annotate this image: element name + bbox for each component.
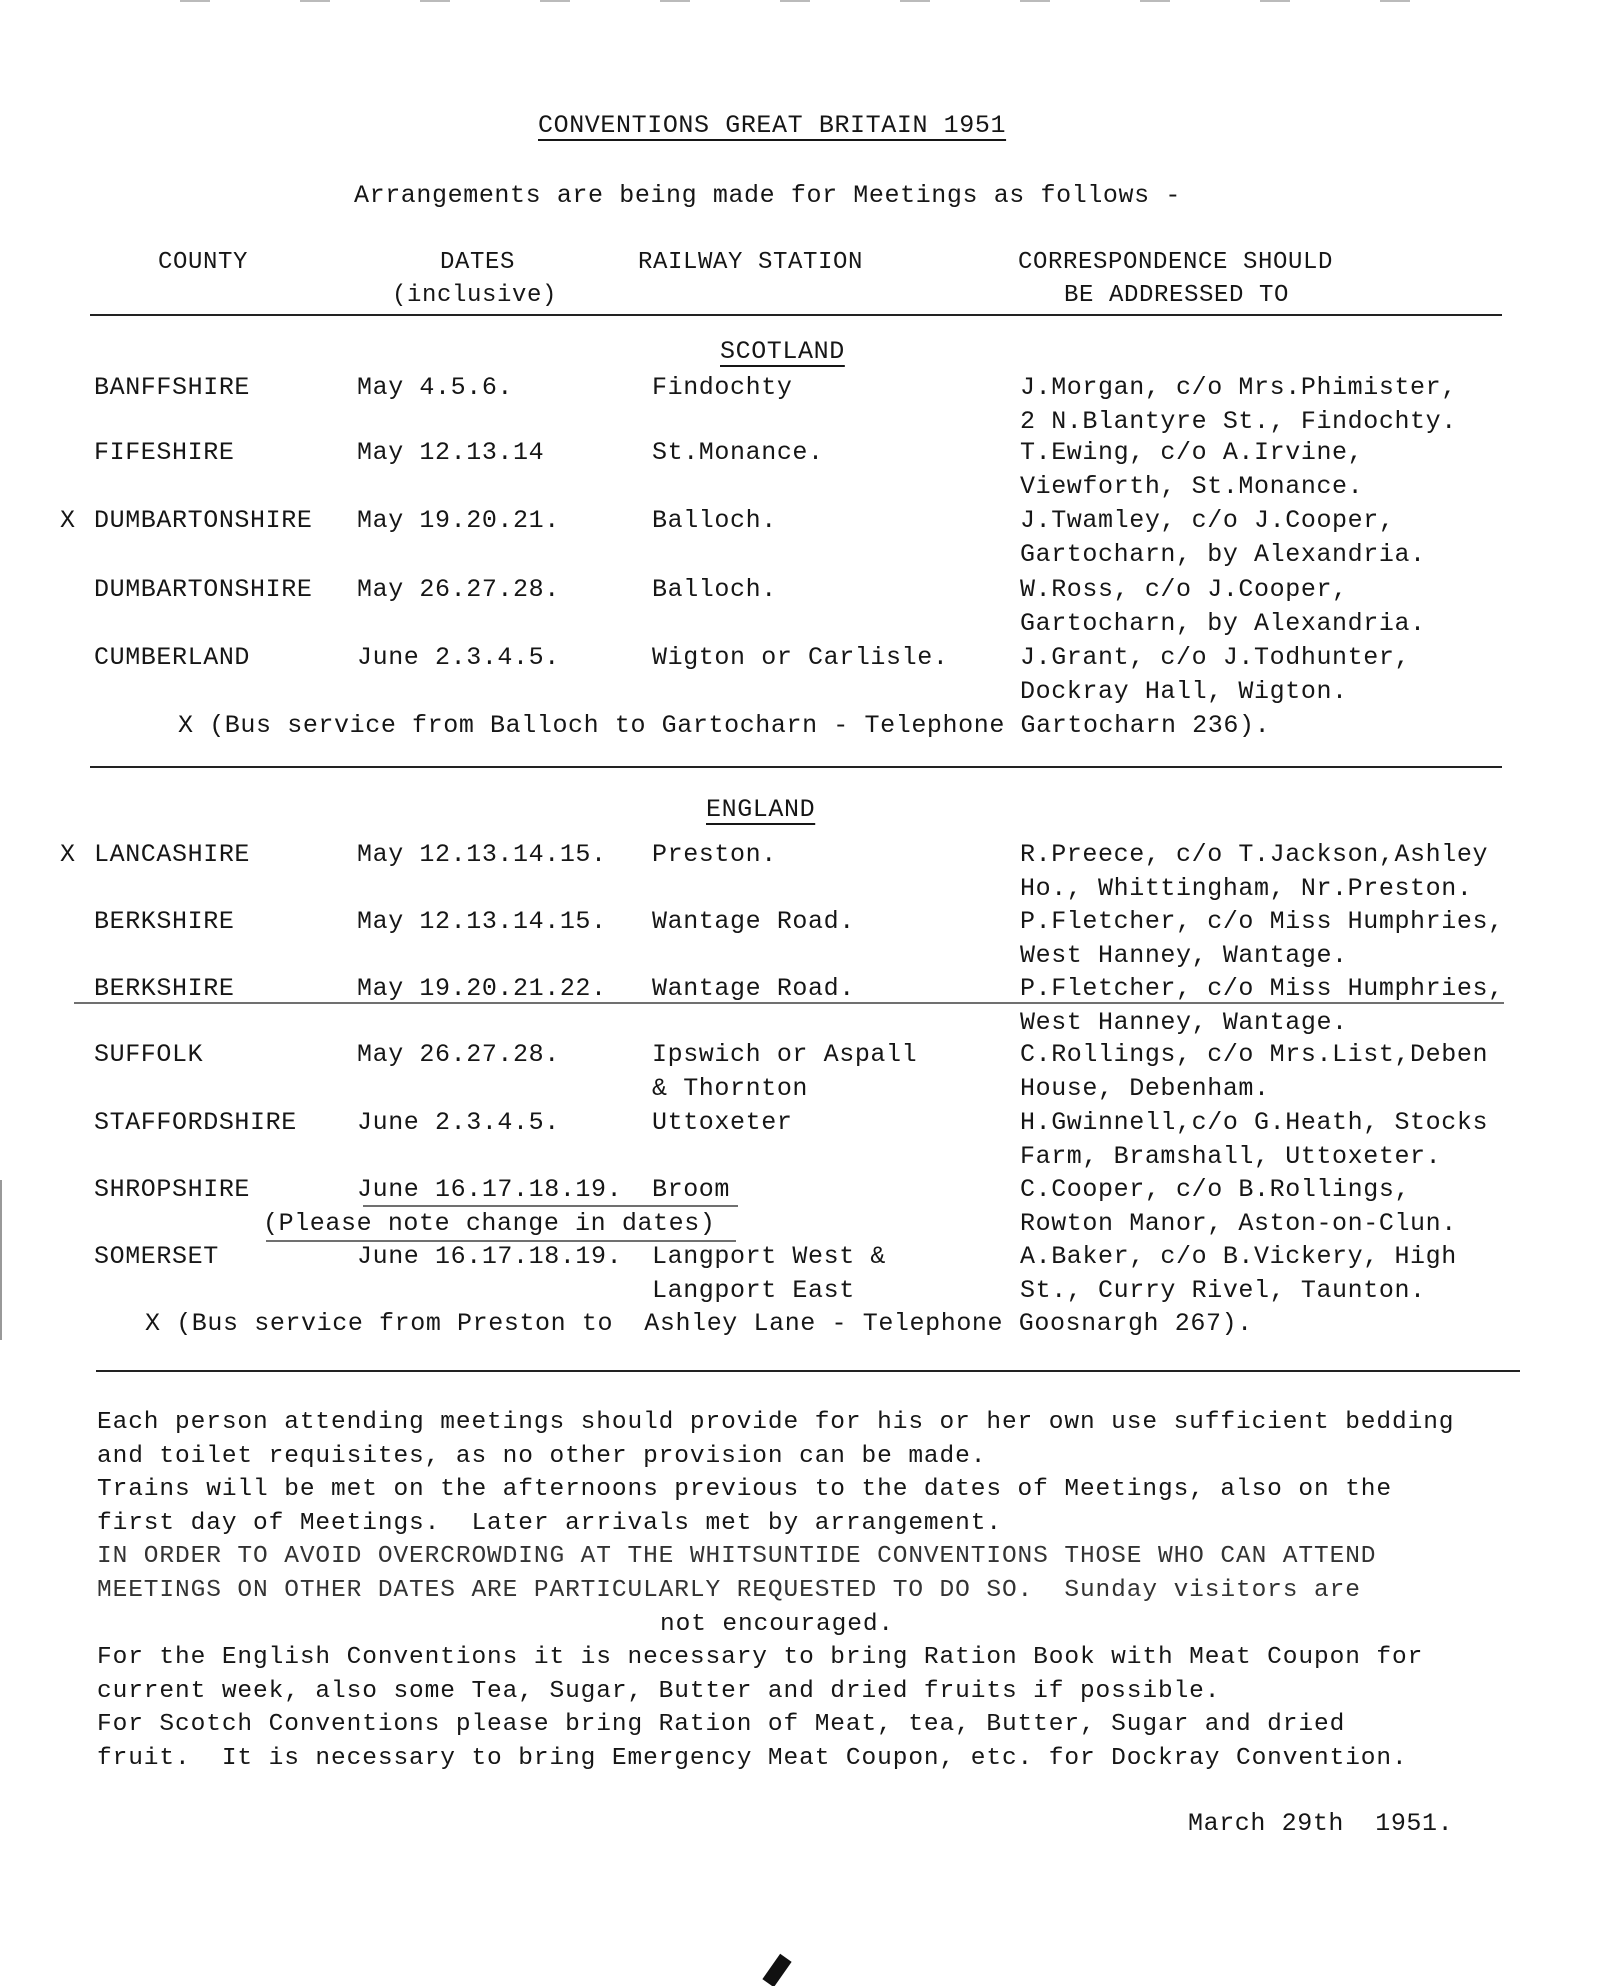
column-header-county: COUNTY [158,248,248,278]
bus-service-marker: X [60,506,76,536]
county-cell: STAFFORDSHIRE [94,1108,297,1138]
section-heading-scotland: SCOTLAND [720,337,845,367]
instruction-line: For the English Conventions it is necess… [97,1643,1423,1673]
county-cell: DUMBARTONSHIRE [94,506,312,536]
address-cell: Farm, Bramshall, Uttoxeter. [1020,1142,1441,1172]
station-cell: Ipswich or Aspall [652,1040,917,1070]
instruction-line: IN ORDER TO AVOID OVERCROWDING AT THE WH… [97,1542,1376,1572]
instruction-line: not encouraged. [660,1610,894,1640]
handwritten-underline [363,1205,738,1207]
station-cell: Wigton or Carlisle. [652,643,948,673]
address-cell: Gartocharn, by Alexandria. [1020,609,1426,639]
column-header-station: RAILWAY STATION [638,248,863,278]
county-cell: SHROPSHIRE [94,1175,250,1205]
scan-top-edge [180,0,1480,2]
document-date: March 29th 1951. [1188,1809,1453,1839]
bus-service-note: X (Bus service from Preston to Ashley La… [145,1309,1253,1339]
station-cell: Preston. [652,840,777,870]
section-rule [90,766,1502,768]
station-cell: Langport East [652,1276,855,1306]
address-cell: H.Gwinnell,c/o G.Heath, Stocks [1020,1108,1488,1138]
address-cell: A.Baker, c/o B.Vickery, High [1020,1242,1457,1272]
column-header-correspondence: CORRESPONDENCE SHOULD [1018,248,1333,278]
address-cell: West Hanney, Wantage. [1020,1008,1348,1038]
column-header-correspondence-2: BE ADDRESSED TO [1064,281,1289,311]
instruction-line: fruit. It is necessary to bring Emergenc… [97,1744,1408,1774]
instruction-line: first day of Meetings. Later arrivals me… [97,1509,1002,1539]
dates-cell: May 19.20.21. [357,506,560,536]
station-cell: Balloch. [652,575,777,605]
address-cell: J.Grant, c/o J.Todhunter, [1020,643,1410,673]
county-cell: BANFFSHIRE [94,373,250,403]
instruction-line: MEETINGS ON OTHER DATES ARE PARTICULARLY… [97,1576,1361,1606]
address-cell: St., Curry Rivel, Taunton. [1020,1276,1426,1306]
station-cell: Uttoxeter [652,1108,792,1138]
address-cell: J.Morgan, c/o Mrs.Phimister, [1020,373,1457,403]
county-cell: SOMERSET [94,1242,219,1272]
column-header-dates-note: (inclusive) [392,281,557,311]
section-heading-england: ENGLAND [706,795,815,825]
document-title: CONVENTIONS GREAT BRITAIN 1951 [538,111,1006,141]
handwritten-underline [74,1002,1504,1004]
address-cell: J.Twamley, c/o J.Cooper, [1020,506,1394,536]
column-header-dates: DATES [440,248,515,278]
address-cell: Viewforth, St.Monance. [1020,472,1363,502]
address-cell: House, Debenham. [1020,1074,1270,1104]
county-cell: LANCASHIRE [94,840,250,870]
county-cell: FIFESHIRE [94,438,234,468]
header-rule [90,314,1502,316]
bus-service-marker: X [60,840,76,870]
date-change-remark: (Please note change in dates) [263,1209,715,1239]
address-cell: P.Fletcher, c/o Miss Humphries, [1020,974,1504,1004]
county-cell: BERKSHIRE [94,907,234,937]
dates-cell: May 19.20.21.22. [357,974,607,1004]
instruction-line: For Scotch Conventions please bring Rati… [97,1710,1345,1740]
county-cell: DUMBARTONSHIRE [94,575,312,605]
address-cell: 2 N.Blantyre St., Findochty. [1020,407,1457,437]
address-cell: Rowton Manor, Aston-on-Clun. [1020,1209,1457,1239]
address-cell: C.Cooper, c/o B.Rollings, [1020,1175,1410,1205]
station-cell: Wantage Road. [652,974,855,1004]
handwritten-underline [266,1240,736,1242]
dates-cell: May 4.5.6. [357,373,513,403]
address-cell: C.Rollings, c/o Mrs.List,Deben [1020,1040,1488,1070]
address-cell: Dockray Hall, Wigton. [1020,677,1348,707]
address-cell: W.Ross, c/o J.Cooper, [1020,575,1348,605]
instruction-line: Each person attending meetings should pr… [97,1408,1454,1438]
dates-cell: June 16.17.18.19. [357,1242,622,1272]
station-cell: Balloch. [652,506,777,536]
scan-edge-mark [0,1180,2,1340]
address-cell: R.Preece, c/o T.Jackson,Ashley [1020,840,1488,870]
address-cell: Ho., Whittingham, Nr.Preston. [1020,874,1472,904]
station-cell: & Thornton [652,1074,808,1104]
dates-cell: May 12.13.14.15. [357,907,607,937]
dates-cell: May 12.13.14 [357,438,544,468]
dates-cell: May 12.13.14.15. [357,840,607,870]
address-cell: West Hanney, Wantage. [1020,941,1348,971]
dates-cell: June 2.3.4.5. [357,643,560,673]
dates-cell: May 26.27.28. [357,575,560,605]
dates-cell: June 2.3.4.5. [357,1108,560,1138]
dates-cell: May 26.27.28. [357,1040,560,1070]
instruction-line: current week, also some Tea, Sugar, Butt… [97,1677,1220,1707]
address-cell: P.Fletcher, c/o Miss Humphries, [1020,907,1504,937]
station-cell: Wantage Road. [652,907,855,937]
county-cell: BERKSHIRE [94,974,234,1004]
bus-service-note: X (Bus service from Balloch to Gartochar… [178,711,1270,741]
county-cell: SUFFOLK [94,1040,203,1070]
instruction-line: Trains will be met on the afternoons pre… [97,1475,1392,1505]
station-cell: Findochty [652,373,792,403]
ink-mark [762,1954,791,1986]
station-cell: Langport West & [652,1242,886,1272]
document-subtitle: Arrangements are being made for Meetings… [354,181,1181,211]
county-cell: CUMBERLAND [94,643,250,673]
station-cell: Broom [652,1175,730,1205]
address-cell: T.Ewing, c/o A.Irvine, [1020,438,1363,468]
instruction-line: and toilet requisites, as no other provi… [97,1442,986,1472]
section-rule [96,1370,1520,1372]
address-cell: Gartocharn, by Alexandria. [1020,540,1426,570]
dates-cell: June 16.17.18.19. [357,1175,622,1205]
station-cell: St.Monance. [652,438,824,468]
